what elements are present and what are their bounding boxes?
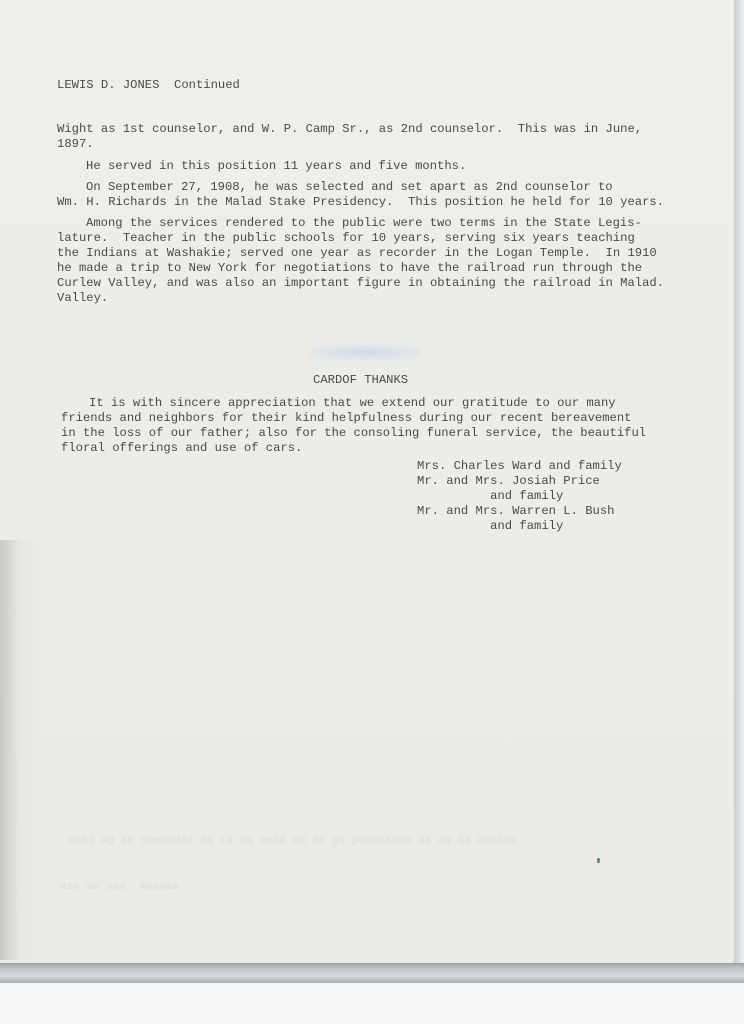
signature-line: Mr. and Mrs. Warren L. Bush xyxy=(417,504,622,519)
paragraph-2: He served in this position 11 years and … xyxy=(86,159,466,174)
paragraph-line: Wm. H. Richards in the Malad Stake Presi… xyxy=(57,195,664,210)
bleed-through-text: ase ae aaa aaaaaa xyxy=(60,880,179,894)
sheet-protector-edge-bottom xyxy=(0,963,744,983)
document-heading: LEWIS D. JONES Continued xyxy=(57,78,240,93)
signature-line: Mr. and Mrs. Josiah Price xyxy=(417,474,622,489)
paragraph-line: Among the services rendered to the publi… xyxy=(57,216,664,231)
paragraph-line: Valley. xyxy=(57,291,664,306)
signature-line: Mrs. Charles Ward and family xyxy=(417,459,622,474)
card-line: friends and neighbors for their kind hel… xyxy=(61,411,646,426)
card-line: It is with sincere appreciation that we … xyxy=(61,396,646,411)
signature-block: Mrs. Charles Ward and familyMr. and Mrs.… xyxy=(417,459,622,534)
card-line: floral offerings and use of cars. xyxy=(61,441,646,456)
paragraph-line: Curlew Valley, and was also an important… xyxy=(57,276,664,291)
paragraph-line: lature. Teacher in the public schools fo… xyxy=(57,231,664,246)
paragraph-3: On September 27, 1908, he was selected a… xyxy=(57,180,664,210)
signature-line: and family xyxy=(417,519,622,534)
paragraph-line: 1897. xyxy=(57,137,642,152)
card-line: in the loss of our father; also for the … xyxy=(61,426,646,441)
paragraph-line: He served in this position 11 years and … xyxy=(86,159,466,174)
paper-speck xyxy=(597,858,600,863)
page-fold-shadow xyxy=(0,540,40,960)
correction-smudge xyxy=(310,345,420,360)
signature-line: and family xyxy=(417,489,622,504)
card-of-thanks-body: It is with sincere appreciation that we … xyxy=(61,396,646,456)
paragraph-line: On September 27, 1908, he was selected a… xyxy=(57,180,664,195)
paragraph-line: he made a trip to New York for negotiati… xyxy=(57,261,664,276)
paragraph-4: Among the services rendered to the publi… xyxy=(57,216,664,306)
bleed-through-text: anhd ag ae seemadaa aq ta aq aeaa am ae … xyxy=(68,834,517,848)
card-of-thanks-title: CARDOF THANKS xyxy=(313,373,408,388)
paragraph-1: Wight as 1st counselor, and W. P. Camp S… xyxy=(57,122,642,152)
paragraph-line: the Indians at Washakie; served one year… xyxy=(57,246,664,261)
sheet-protector-edge-right xyxy=(734,0,744,968)
paragraph-line: Wight as 1st counselor, and W. P. Camp S… xyxy=(57,122,642,137)
